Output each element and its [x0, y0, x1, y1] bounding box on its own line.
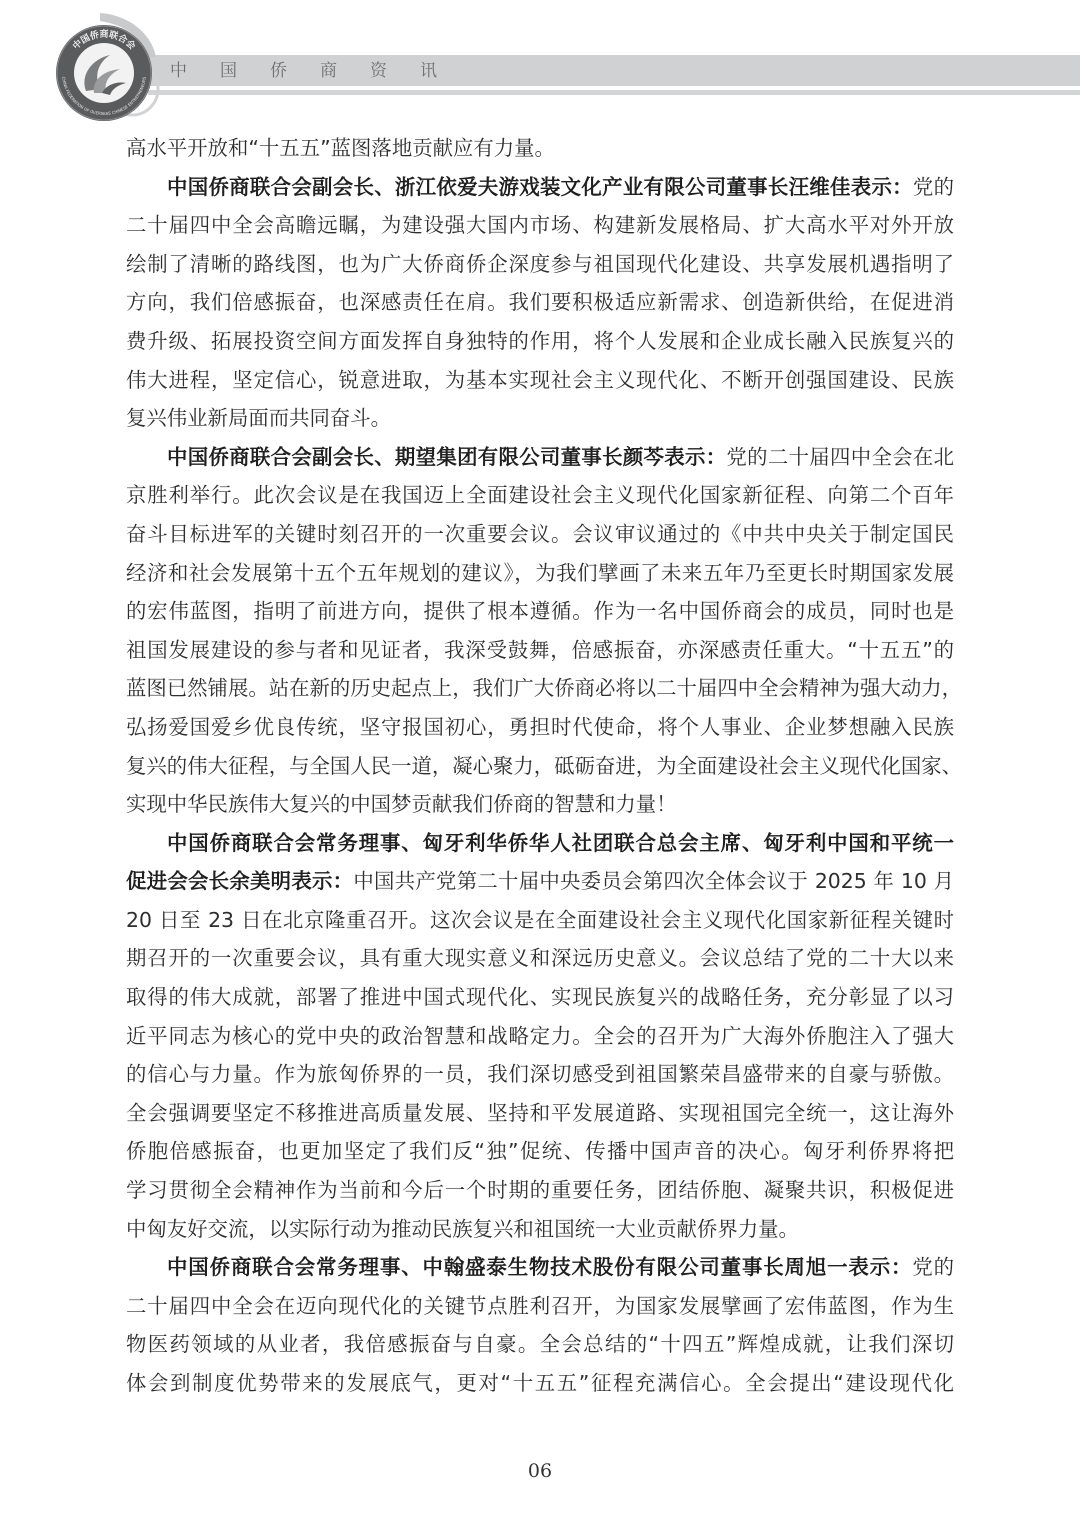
text-line: 方向，我们倍感振奋，也深感责任在肩。我们要积极适应新需求、创造新供给，在促进消 — [126, 283, 954, 322]
text-line: 弘扬爱国爱乡优良传统，坚守报国初心，勇担时代使命，将个人事业、企业梦想融入民族 — [126, 708, 954, 747]
federation-logo-icon: 中国侨商联合会 CHINA FEDERATION OF OVERSEAS CHI… — [40, 5, 170, 130]
text-line: 的宏伟蓝图，指明了前进方向，提供了根本遵循。作为一名中国侨商会的成员，同时也是 — [126, 592, 954, 631]
text-line: 促进会会长余美明表示：中国共产党第二十届中央委员会第四次全体会议于 2025 年… — [126, 862, 954, 901]
text-line: 高水平开放和“十五五”蓝图落地贡献应有力量。 — [126, 129, 954, 168]
title-char: 商 — [320, 59, 370, 83]
paragraph-first-line: 中国侨商联合会常务理事、中翰盛泰生物技术股份有限公司董事长周旭一表示：党的 — [126, 1248, 954, 1287]
article-body: 高水平开放和“十五五”蓝图落地贡献应有力量。 中国侨商联合会副会长、浙江依爱夫游… — [126, 129, 954, 1403]
text-line: 的信心与力量。作为旅匈侨界的一员，我们深切感受到祖国繁荣昌盛带来的自豪与骄傲。 — [126, 1055, 954, 1094]
speaker-attribution: 中国侨商联合会常务理事、匈牙利华侨华人社团联合总会主席、匈牙利中国和平统一 — [167, 831, 954, 855]
text-line: 二十届四中全会在迈向现代化的关键节点胜利召开，为国家发展擘画了宏伟蓝图，作为生 — [126, 1287, 954, 1326]
paragraph-first-line: 中国侨商联合会常务理事、匈牙利华侨华人社团联合总会主席、匈牙利中国和平统一 — [126, 824, 954, 863]
text-span: 中国共产党第二十届中央委员会第四次全体会议于 2025 年 10 月 — [353, 869, 954, 893]
paragraph-first-line: 中国侨商联合会副会长、浙江依爱夫游戏装文化产业有限公司董事长汪维佳表示：党的 — [126, 168, 954, 207]
text-line: 全会强调要坚定不移推进高质量发展、坚持和平发展道路、实现祖国完全统一，这让海外 — [126, 1094, 954, 1133]
text-line: 蓝图已然铺展。站在新的历史起点上，我们广大侨商必将以二十届四中全会精神为强大动力… — [126, 669, 954, 708]
text-line: 费升级、拓展投资空间方面发挥自身独特的作用，将个人发展和企业成长融入民族复兴的 — [126, 322, 954, 361]
speaker-attribution: 促进会会长余美明表示： — [126, 869, 353, 893]
text-line: 复兴伟业新局面而共同奋斗。 — [126, 399, 954, 438]
speaker-attribution: 中国侨商联合会常务理事、中翰盛泰生物技术股份有限公司董事长周旭一表示： — [167, 1255, 912, 1279]
text-line: 实现中华民族伟大复兴的中国梦贡献我们侨商的智慧和力量！ — [126, 785, 954, 824]
text-line: 体会到制度优势带来的发展底气，更对“十五五”征程充满信心。全会提出“建设现代化 — [126, 1364, 954, 1403]
text-line: 取得的伟大成就，部署了推进中国式现代化、实现民族复兴的战略任务，充分彰显了以习 — [126, 978, 954, 1017]
page-number: 06 — [0, 1460, 1080, 1482]
text-line: 经济和社会发展第十五个五年规划的建议》，为我们擘画了未来五年乃至更长时期国家发展 — [126, 554, 954, 593]
title-char: 资 — [370, 59, 420, 83]
title-char: 中 — [170, 59, 220, 83]
text-line: 学习贯彻全会精神作为当前和今后一个时期的重要任务，团结侨胞、凝聚共识，积极促进 — [126, 1171, 954, 1210]
publication-title: 中 国 侨 商 资 讯 — [170, 59, 470, 83]
text-line: 中匈友好交流，以实际行动为推动民族复兴和祖国统一大业贡献侨界力量。 — [126, 1210, 954, 1249]
paragraph-first-line: 中国侨商联合会副会长、期望集团有限公司董事长颜芩表示：党的二十届四中全会在北 — [126, 438, 954, 477]
speaker-attribution: 中国侨商联合会副会长、期望集团有限公司董事长颜芩表示： — [167, 445, 726, 469]
title-char: 讯 — [420, 59, 470, 83]
text-line: 期召开的一次重要会议，具有重大现实意义和深远历史意义。会议总结了党的二十大以来 — [126, 939, 954, 978]
text-line: 近平同志为核心的党中央的政治智慧和战略定力。全会的召开为广大海外侨胞注入了强大 — [126, 1017, 954, 1056]
title-char: 侨 — [270, 59, 320, 83]
text-line: 奋斗目标进军的关键时刻召开的一次重要会议。会议审议通过的《中共中央关于制定国民 — [126, 515, 954, 554]
text-line: 京胜利举行。此次会议是在我国迈上全面建设社会主义现代化国家新征程、向第二个百年 — [126, 476, 954, 515]
page-header: 中 国 侨 商 资 讯 中国侨商联合会 CHINA FEDERATION OF … — [0, 0, 1080, 130]
text-span: 党的 — [912, 1255, 954, 1279]
text-line: 二十届四中全会高瞻远瞩，为建设强大国内市场、构建新发展格局、扩大高水平对外开放 — [126, 206, 954, 245]
text-line: 侨胞倍感振奋，也更加坚定了我们反“独”促统、传播中国声音的决心。匈牙利侨界将把 — [126, 1132, 954, 1171]
speaker-attribution: 中国侨商联合会副会长、浙江依爱夫游戏装文化产业有限公司董事长汪维佳表示： — [167, 175, 913, 199]
text-span: 党的 — [913, 175, 954, 199]
text-line: 物医药领域的从业者，我倍感振奋与自豪。全会总结的“十四五”辉煌成就，让我们深切 — [126, 1325, 954, 1364]
text-line: 祖国发展建设的参与者和见证者，我深受鼓舞，倍感振奋，亦深感责任重大。“十五五”的 — [126, 631, 954, 670]
text-line: 复兴的伟大征程，与全国人民一道，凝心聚力，砥砺奋进，为全面建设社会主义现代化国家… — [126, 747, 954, 786]
text-line: 伟大进程，坚定信心，锐意进取，为基本实现社会主义现代化、不断开创强国建设、民族 — [126, 361, 954, 400]
text-line: 绘制了清晰的路线图，也为广大侨商侨企深度参与祖国现代化建设、共享发展机遇指明了 — [126, 245, 954, 284]
text-line: 20 日至 23 日在北京隆重召开。这次会议是在全面建设社会主义现代化国家新征程… — [126, 901, 954, 940]
text-span: 党的二十届四中全会在北 — [726, 445, 954, 469]
header-rule — [148, 90, 1080, 95]
title-char: 国 — [220, 59, 270, 83]
